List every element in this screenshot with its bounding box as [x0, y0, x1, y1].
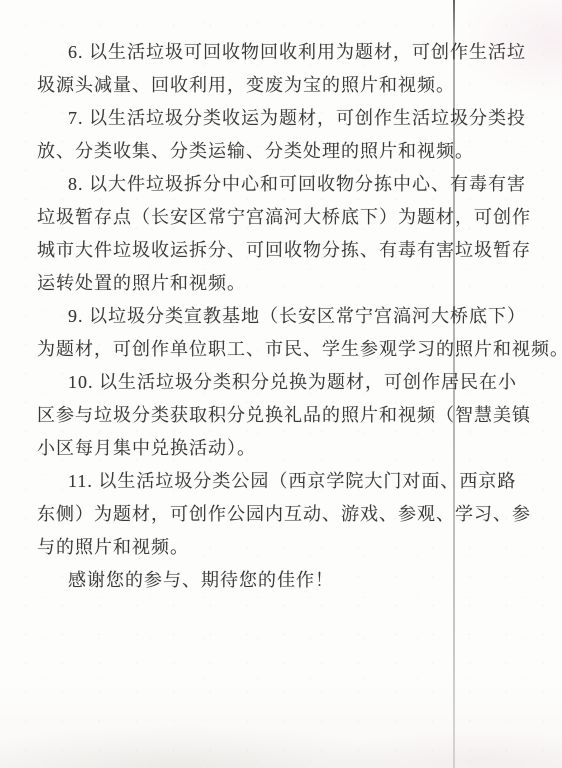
text-line: 东侧）为题材，可创作公园内互动、游戏、参观、学习、参 — [37, 498, 542, 531]
text-line: 7. 以生活垃圾分类收运为题材，可创作生活垃圾分类投 — [37, 102, 542, 135]
text-line: 为题材，可创作单位职工、市民、学生参观学习的照片和视频。 — [37, 333, 542, 366]
text-line: 感谢您的参与、期待您的佳作！ — [37, 564, 542, 597]
text-line: 垃圾暂存点（长安区常宁宫滈河大桥底下）为题材，可创作 — [37, 201, 542, 234]
text-line: 10. 以生活垃圾分类积分兑换为题材，可创作居民在小 — [37, 366, 542, 399]
text-line: 运转处置的照片和视频。 — [37, 267, 542, 300]
document-text-block: 6. 以生活垃圾可回收物回收利用为题材，可创作生活垃圾源头减量、回收利用，变废为… — [37, 36, 542, 597]
scanned-document-page: 6. 以生活垃圾可回收物回收利用为题材，可创作生活垃圾源头减量、回收利用，变废为… — [0, 0, 562, 768]
text-line: 6. 以生活垃圾可回收物回收利用为题材，可创作生活垃 — [37, 36, 542, 69]
text-line: 9. 以垃圾分类宣教基地（长安区常宁宫滈河大桥底下） — [37, 300, 542, 333]
text-line: 城市大件垃圾收运拆分、可回收物分拣、有毒有害垃圾暂存 — [37, 234, 542, 267]
text-line: 放、分类收集、分类运输、分类处理的照片和视频。 — [37, 135, 542, 168]
text-line: 小区每月集中兑换活动）。 — [37, 432, 542, 465]
text-line: 与的照片和视频。 — [37, 531, 542, 564]
text-line: 8. 以大件垃圾拆分中心和可回收物分拣中心、有毒有害 — [37, 168, 542, 201]
text-line: 圾源头减量、回收利用，变废为宝的照片和视频。 — [37, 69, 542, 102]
text-line: 11. 以生活垃圾分类公园（西京学院大门对面、西京路 — [37, 465, 542, 498]
text-line: 区参与垃圾分类获取积分兑换礼品的照片和视频（智慧美镇 — [37, 399, 542, 432]
